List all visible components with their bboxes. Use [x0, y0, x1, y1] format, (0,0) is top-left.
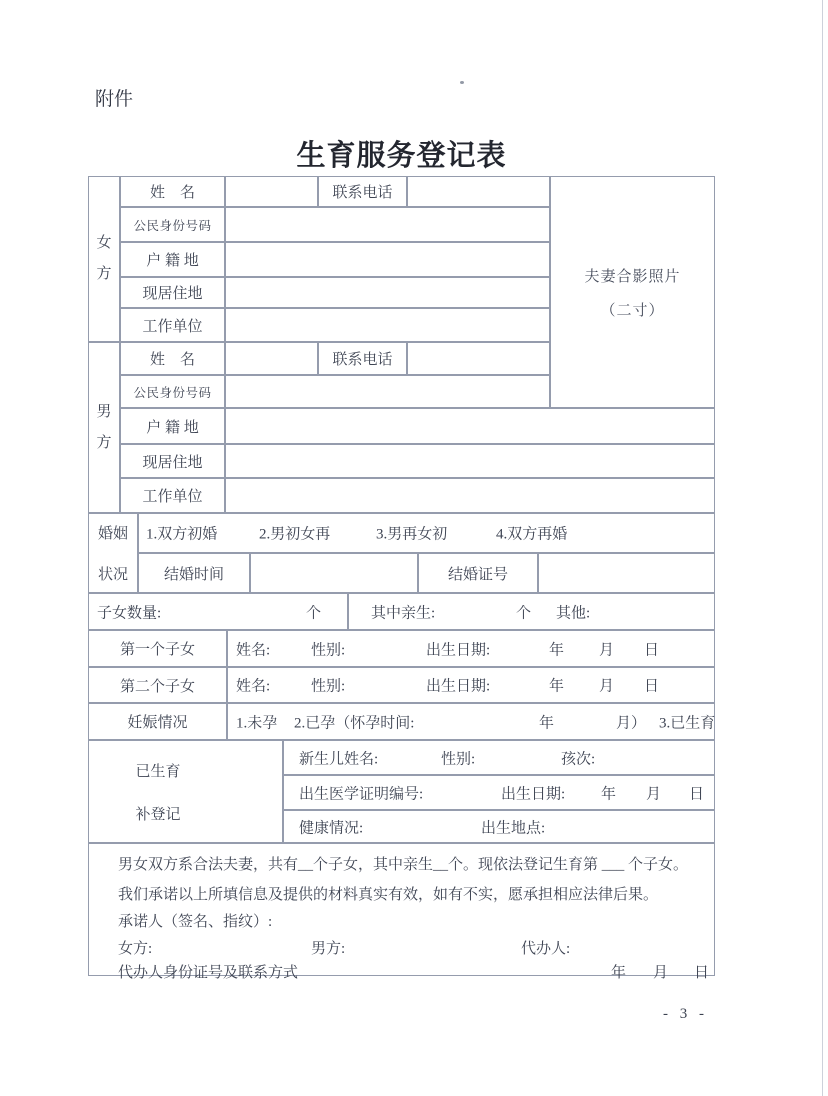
- declaration-line-1: 男女双方系合法夫妻，共有__个子女，其中亲生__个。现依法登记生育第 ___ 个…: [118, 853, 688, 874]
- marriage-cert-field: [538, 553, 715, 593]
- children-total-label: 子女数量:: [97, 601, 161, 622]
- birth-cert-row: 出生医学证明编号: 出生日期: 年 月 日: [283, 775, 715, 810]
- marital-status-label: 婚姻状况: [88, 513, 138, 593]
- page-number: - 3 -: [663, 1006, 708, 1023]
- newborn-row: 新生儿姓名: 性别: 孩次:: [283, 740, 715, 775]
- female-residence-field: [225, 277, 550, 308]
- female-employer-label: 工作单位: [120, 308, 225, 342]
- day-label: 日: [644, 675, 659, 696]
- month-label: 月: [653, 961, 668, 982]
- child-gender-label: 性别:: [311, 638, 345, 659]
- first-child-row: 姓名: 性别: 出生日期: 年 月 日: [227, 630, 715, 667]
- declaration-cell: 男女双方系合法夫妻，共有__个子女，其中亲生__个。现依法登记生育第 ___ 个…: [88, 843, 715, 976]
- attachment-label: 附件: [95, 84, 133, 111]
- marital-option-2: 2.男初女再: [259, 523, 330, 544]
- marital-option-3: 3.男再女初: [376, 523, 447, 544]
- child-gender-label: 性别:: [311, 675, 345, 696]
- marital-options-row: 1.双方初婚 2.男初女再 3.男再女初 4.双方再婚: [138, 513, 715, 553]
- other-label: 其他:: [556, 601, 590, 622]
- agent-id-label: 代办人身份证号及联系方式: [118, 961, 298, 982]
- pregnancy-option-3: 3.已生育: [659, 711, 715, 732]
- second-child-label: 第二个子女: [88, 667, 227, 703]
- male-residence-field: [225, 444, 715, 478]
- second-child-row: 姓名: 性别: 出生日期: 年 月 日: [227, 667, 715, 703]
- born-registration-label: 已生育补登记: [88, 740, 283, 843]
- month-label: 月）: [616, 711, 646, 732]
- male-name-label: 姓 名: [120, 342, 225, 375]
- form-title: 生育服务登记表: [88, 133, 715, 174]
- scan-artifact-dot: [460, 81, 464, 84]
- pregnancy-label: 妊娠情况: [88, 703, 227, 740]
- newborn-name-label: 新生儿姓名:: [299, 747, 378, 768]
- health-label: 健康情况:: [299, 816, 363, 837]
- child-birth-label: 出生日期:: [426, 675, 490, 696]
- biological-label: 其中亲生:: [371, 601, 435, 622]
- year-label: 年: [549, 638, 564, 659]
- day-label: 日: [689, 782, 704, 803]
- children-biological-cell: 其中亲生: 个 其他:: [348, 593, 715, 630]
- male-registered-label: 户 籍 地: [120, 408, 225, 444]
- birth-date-label: 出生日期:: [501, 782, 565, 803]
- female-employer-field: [225, 308, 550, 342]
- children-total-unit: 个: [306, 601, 321, 622]
- female-residence-label: 现居住地: [120, 277, 225, 308]
- male-registered-field: [225, 408, 715, 444]
- pregnancy-option-2: 2.已孕（怀孕时间:: [294, 711, 414, 732]
- male-phone-field: [407, 342, 550, 375]
- marriage-cert-label: 结婚证号: [418, 553, 538, 593]
- pregnancy-row: 1.未孕 2.已孕（怀孕时间: 年 月） 3.已生育: [227, 703, 715, 740]
- month-label: 月: [599, 638, 614, 659]
- signature-agent-label: 代办人:: [521, 937, 570, 958]
- signature-female-label: 女方:: [118, 937, 152, 958]
- signature-male-label: 男方:: [311, 937, 345, 958]
- child-name-label: 姓名:: [236, 638, 270, 659]
- child-name-label: 姓名:: [236, 675, 270, 696]
- female-registered-field: [225, 242, 550, 277]
- year-label: 年: [611, 961, 626, 982]
- female-section-label: 女方: [88, 176, 120, 342]
- female-id-label: 公民身份号码: [120, 207, 225, 242]
- birth-order-label: 孩次:: [561, 747, 595, 768]
- female-name-field: [225, 176, 318, 207]
- scan-edge-line: [822, 0, 823, 1096]
- year-label: 年: [601, 782, 616, 803]
- declaration-line-3: 承诺人（签名、指纹）:: [118, 910, 272, 931]
- pregnancy-option-1: 1.未孕: [236, 711, 277, 732]
- newborn-gender-label: 性别:: [441, 747, 475, 768]
- day-label: 日: [694, 961, 709, 982]
- female-registered-label: 户 籍 地: [120, 242, 225, 277]
- year-label: 年: [539, 711, 554, 732]
- declaration-line-2: 我们承诺以上所填信息及提供的材料真实有效，如有不实，愿承担相应法律后果。: [118, 883, 658, 904]
- registration-table: 女方 姓 名 联系电话 公民身份号码 户 籍 地 现居住地 工作单位 夫妻合影照…: [88, 176, 715, 976]
- male-id-label: 公民身份号码: [120, 375, 225, 408]
- day-label: 日: [644, 638, 659, 659]
- couple-photo-box: 夫妻合影照片 （二寸）: [550, 176, 715, 408]
- scanned-form-page: 附件 生育服务登记表 女方 姓 名 联系电话 公民身份号码 户 籍 地 现居住地…: [0, 0, 828, 1096]
- female-phone-label: 联系电话: [318, 176, 407, 207]
- female-id-field: [225, 207, 550, 242]
- birth-cert-label: 出生医学证明编号:: [299, 782, 423, 803]
- male-section-label: 男方: [88, 342, 120, 513]
- first-child-label: 第一个子女: [88, 630, 227, 667]
- month-label: 月: [599, 675, 614, 696]
- marriage-date-field: [250, 553, 418, 593]
- male-phone-label: 联系电话: [318, 342, 407, 375]
- year-label: 年: [549, 675, 564, 696]
- marital-option-1: 1.双方初婚: [146, 523, 217, 544]
- birth-place-label: 出生地点:: [481, 816, 545, 837]
- month-label: 月: [646, 782, 661, 803]
- male-employer-label: 工作单位: [120, 478, 225, 513]
- marital-option-4: 4.双方再婚: [496, 523, 567, 544]
- female-phone-field: [407, 176, 550, 207]
- marriage-date-label: 结婚时间: [138, 553, 250, 593]
- biological-unit: 个: [516, 601, 531, 622]
- child-birth-label: 出生日期:: [426, 638, 490, 659]
- male-employer-field: [225, 478, 715, 513]
- female-name-label: 姓 名: [120, 176, 225, 207]
- male-residence-label: 现居住地: [120, 444, 225, 478]
- children-count-cell: 子女数量: 个: [88, 593, 348, 630]
- health-row: 健康情况: 出生地点:: [283, 810, 715, 843]
- male-name-field: [225, 342, 318, 375]
- male-id-field: [225, 375, 550, 408]
